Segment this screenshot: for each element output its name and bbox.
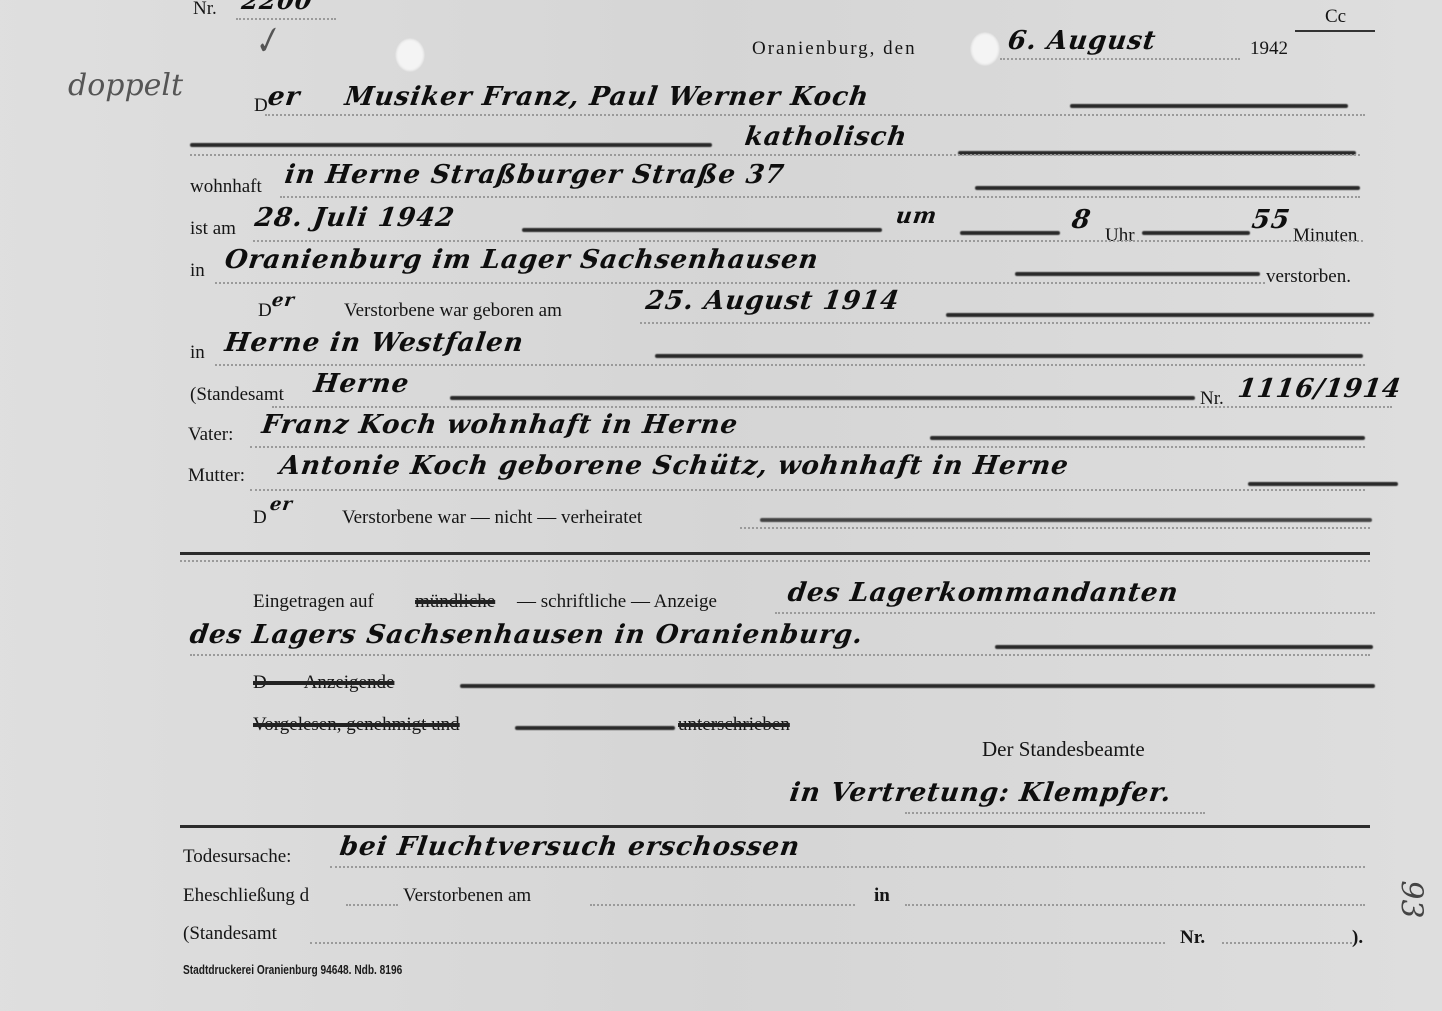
section-divider bbox=[180, 825, 1370, 828]
marital-text: Verstorbene war — nicht — verheiratet bbox=[342, 507, 642, 529]
informant-line2: des Lagers Sachsenhausen in Oranienburg. bbox=[188, 620, 865, 650]
born-label: Verstorbene war geboren am bbox=[344, 300, 562, 322]
strike-line bbox=[460, 684, 1375, 688]
deceased-name: er bbox=[266, 82, 302, 112]
dotted-line bbox=[253, 240, 1363, 242]
strike-line bbox=[1015, 272, 1260, 276]
printer-imprint: Stadtdruckerei Oranienburg 94648. Ndb. 8… bbox=[183, 962, 402, 977]
informant-line1: des Lagerkommandanten bbox=[786, 578, 1181, 608]
date-year: 1942 bbox=[1250, 38, 1288, 60]
checkmark-icon: ✓ bbox=[246, 18, 286, 65]
death-suffix: verstorben. bbox=[1266, 266, 1351, 288]
birthplace-value: Herne in Westfalen bbox=[223, 328, 526, 358]
hour-prefix: um bbox=[894, 203, 939, 229]
marriage-label: Eheschließung d bbox=[183, 885, 309, 907]
margin-note: doppelt bbox=[68, 68, 183, 103]
dotted-line bbox=[1222, 942, 1352, 944]
reporter-struck: D Anzeigende bbox=[253, 672, 394, 694]
hour-label: Uhr bbox=[1105, 225, 1135, 247]
death-place-value: Oranienburg im Lager Sachsenhausen bbox=[223, 245, 821, 275]
strike-line bbox=[522, 228, 882, 232]
dotted-line bbox=[272, 406, 1392, 408]
dotted-line bbox=[905, 812, 1205, 814]
strike-line bbox=[655, 354, 1363, 358]
born-value: 25. August 1914 bbox=[644, 286, 902, 316]
registry-label: (Standesamt bbox=[190, 384, 284, 406]
register-number-value: 2200 bbox=[240, 0, 315, 15]
dotted-line bbox=[346, 904, 398, 906]
cause-label: Todesursache: bbox=[183, 846, 291, 868]
date-day-month: 6. August bbox=[1006, 26, 1158, 56]
born-article: er bbox=[271, 290, 297, 311]
corner-code-underline bbox=[1295, 30, 1375, 32]
dotted-line bbox=[740, 527, 1370, 529]
strike-line bbox=[190, 143, 712, 147]
dotted-line bbox=[590, 904, 855, 906]
father-label: Vater: bbox=[188, 424, 233, 446]
punch-hole-right bbox=[970, 32, 1000, 66]
dotted-line bbox=[330, 866, 1365, 868]
bottom-registry-label: (Standesamt bbox=[183, 923, 277, 945]
dotted-line bbox=[215, 282, 1265, 284]
dotted-line bbox=[180, 560, 1370, 562]
strike-line bbox=[1070, 104, 1348, 108]
strike-line bbox=[1248, 482, 1398, 486]
birthplace-label: in bbox=[190, 342, 205, 364]
residence-label: wohnhaft bbox=[190, 176, 262, 198]
died-on-label: ist am bbox=[190, 218, 236, 240]
punch-hole-left bbox=[395, 38, 425, 72]
marriage-in: in bbox=[874, 885, 890, 907]
marriage-mid: Verstorbenen am bbox=[403, 885, 531, 907]
place-prefix: Oranienburg, den bbox=[752, 38, 917, 60]
hour-value: 8 bbox=[1070, 205, 1093, 235]
marital-prefix: D bbox=[253, 507, 267, 529]
registrar-title: Der Standesbeamte bbox=[982, 737, 1145, 762]
strike-line bbox=[760, 518, 1372, 522]
strike-line bbox=[930, 436, 1365, 440]
dotted-line bbox=[280, 196, 1360, 198]
date-line bbox=[1000, 58, 1240, 60]
bottom-close: ). bbox=[1352, 927, 1363, 949]
written-report: — schriftliche — Anzeige bbox=[517, 591, 717, 613]
dotted-line bbox=[190, 654, 1370, 656]
read-struck-1: Vorgelesen, genehmigt und bbox=[253, 714, 460, 736]
father-value: Franz Koch wohnhaft in Herne bbox=[260, 410, 740, 440]
dotted-line bbox=[265, 114, 1365, 116]
strike-line bbox=[515, 726, 675, 730]
dotted-line bbox=[775, 612, 1375, 614]
dotted-line bbox=[190, 154, 1360, 156]
register-number-label: Nr. bbox=[193, 0, 217, 20]
minutes-value: 55 bbox=[1250, 205, 1292, 235]
bottom-nr-label: Nr. bbox=[1180, 927, 1205, 949]
marital-article: er bbox=[269, 494, 295, 515]
read-struck-2: unterschrieben bbox=[678, 714, 790, 736]
dotted-line bbox=[905, 904, 1365, 906]
strike-line bbox=[975, 186, 1360, 190]
dotted-line bbox=[250, 489, 1365, 491]
dotted-line bbox=[250, 446, 1365, 448]
mother-value: Antonie Koch geborene Schütz, wohnhaft i… bbox=[278, 451, 1071, 481]
dotted-line bbox=[215, 364, 1365, 366]
strike-line bbox=[960, 231, 1060, 235]
deceased-occupation-name: Musiker Franz, Paul Werner Koch bbox=[343, 82, 871, 112]
mother-label: Mutter: bbox=[188, 465, 245, 487]
page-number: 93 bbox=[1394, 880, 1429, 918]
section-divider bbox=[180, 552, 1370, 555]
oral-struck: mündliche bbox=[415, 591, 495, 613]
strike-line bbox=[946, 313, 1374, 317]
died-on-value: 28. Juli 1942 bbox=[253, 203, 457, 233]
corner-code: Cc bbox=[1325, 6, 1346, 28]
registry-value: Herne bbox=[312, 369, 411, 399]
minutes-label: Minuten bbox=[1293, 225, 1357, 247]
strike-line bbox=[450, 396, 1195, 400]
cause-value: bei Fluchtversuch erschossen bbox=[338, 832, 802, 862]
born-prefix: D bbox=[258, 300, 272, 322]
residence-value: in Herne Straßburger Straße 37 bbox=[283, 160, 787, 190]
entered-label: Eingetragen auf bbox=[253, 591, 374, 613]
dotted-line bbox=[310, 942, 1165, 944]
religion: katholisch bbox=[743, 122, 909, 152]
strike-line bbox=[995, 645, 1373, 649]
register-number-line bbox=[236, 18, 336, 20]
dotted-line bbox=[640, 322, 1370, 324]
registrar-signature: in Vertretung: Klempfer. bbox=[788, 778, 1174, 808]
registry-nr-value: 1116/1914 bbox=[1236, 374, 1403, 404]
death-place-label: in bbox=[190, 260, 205, 282]
strike-line bbox=[1142, 231, 1250, 235]
